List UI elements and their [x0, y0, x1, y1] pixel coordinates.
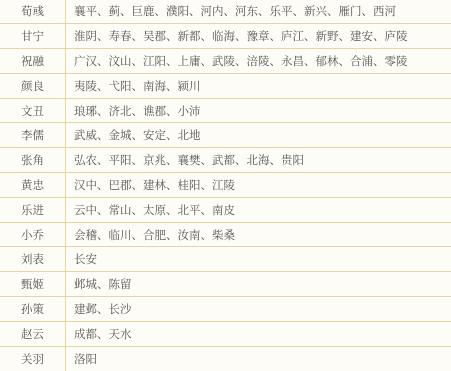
general-name-cell: 颜良 [0, 73, 66, 98]
general-name-cell: 孙策 [0, 297, 66, 322]
territories-cell: 成都、天水 [66, 321, 451, 346]
table-row: 黄忠 汉中、巴郡、建林、桂阳、江陵 [0, 173, 451, 198]
territories-cell: 淮阴、寿春、吴郡、新都、临海、豫章、庐江、新野、建安、庐陵 [66, 24, 451, 49]
table-row: 张角 弘农、平阳、京兆、襄樊、武都、北海、贵阳 [0, 148, 451, 173]
territories-cell: 琅琊、济北、谯郡、小沛 [66, 98, 451, 123]
general-name-cell: 甄姬 [0, 272, 66, 297]
general-name-cell: 李儒 [0, 123, 66, 148]
general-name-cell: 小乔 [0, 222, 66, 247]
general-name-cell: 关羽 [0, 346, 66, 371]
table-row: 赵云 成都、天水 [0, 321, 451, 346]
table-row: 颜良 夷陵、弋阳、南海、颍川 [0, 73, 451, 98]
territories-cell: 汉中、巴郡、建林、桂阳、江陵 [66, 173, 451, 198]
general-territory-table: 荀彧 襄平、蓟、巨鹿、濮阳、河内、河东、乐平、新兴、雁门、西河 甘宁 淮阴、寿春… [0, 0, 451, 371]
table-row: 刘表 长安 [0, 247, 451, 272]
table-row: 甄姬 邺城、陈留 [0, 272, 451, 297]
table-row: 荀彧 襄平、蓟、巨鹿、濮阳、河内、河东、乐平、新兴、雁门、西河 [0, 0, 451, 24]
table-row: 祝融 广汉、汶山、江阳、上庸、武陵、涪陵、永昌、郁林、合浦、零陵 [0, 49, 451, 74]
territories-cell: 夷陵、弋阳、南海、颍川 [66, 73, 451, 98]
table-row: 孙策 建邺、长沙 [0, 297, 451, 322]
general-name-cell: 黄忠 [0, 173, 66, 198]
territories-cell: 广汉、汶山、江阳、上庸、武陵、涪陵、永昌、郁林、合浦、零陵 [66, 49, 451, 74]
general-name-cell: 甘宁 [0, 24, 66, 49]
territories-cell: 建邺、长沙 [66, 297, 451, 322]
territories-cell: 襄平、蓟、巨鹿、濮阳、河内、河东、乐平、新兴、雁门、西河 [66, 0, 451, 24]
general-name-cell: 赵云 [0, 321, 66, 346]
territories-cell: 邺城、陈留 [66, 272, 451, 297]
territories-cell: 洛阳 [66, 346, 451, 371]
table-row: 文丑 琅琊、济北、谯郡、小沛 [0, 98, 451, 123]
table-row: 小乔 会稽、临川、合肥、汝南、柴桑 [0, 222, 451, 247]
general-name-cell: 张角 [0, 148, 66, 173]
general-territory-table-container: 荀彧 襄平、蓟、巨鹿、濮阳、河内、河东、乐平、新兴、雁门、西河 甘宁 淮阴、寿春… [0, 0, 451, 371]
territories-cell: 会稽、临川、合肥、汝南、柴桑 [66, 222, 451, 247]
territories-cell: 长安 [66, 247, 451, 272]
table-row: 乐进 云中、常山、太原、北平、南皮 [0, 197, 451, 222]
general-name-cell: 乐进 [0, 197, 66, 222]
general-name-cell: 祝融 [0, 49, 66, 74]
territories-cell: 云中、常山、太原、北平、南皮 [66, 197, 451, 222]
table-row: 甘宁 淮阴、寿春、吴郡、新都、临海、豫章、庐江、新野、建安、庐陵 [0, 24, 451, 49]
table-row: 关羽 洛阳 [0, 346, 451, 371]
territories-cell: 弘农、平阳、京兆、襄樊、武都、北海、贵阳 [66, 148, 451, 173]
territories-cell: 武威、金城、安定、北地 [66, 123, 451, 148]
general-name-cell: 文丑 [0, 98, 66, 123]
table-row: 李儒 武威、金城、安定、北地 [0, 123, 451, 148]
general-name-cell: 荀彧 [0, 0, 66, 24]
general-name-cell: 刘表 [0, 247, 66, 272]
